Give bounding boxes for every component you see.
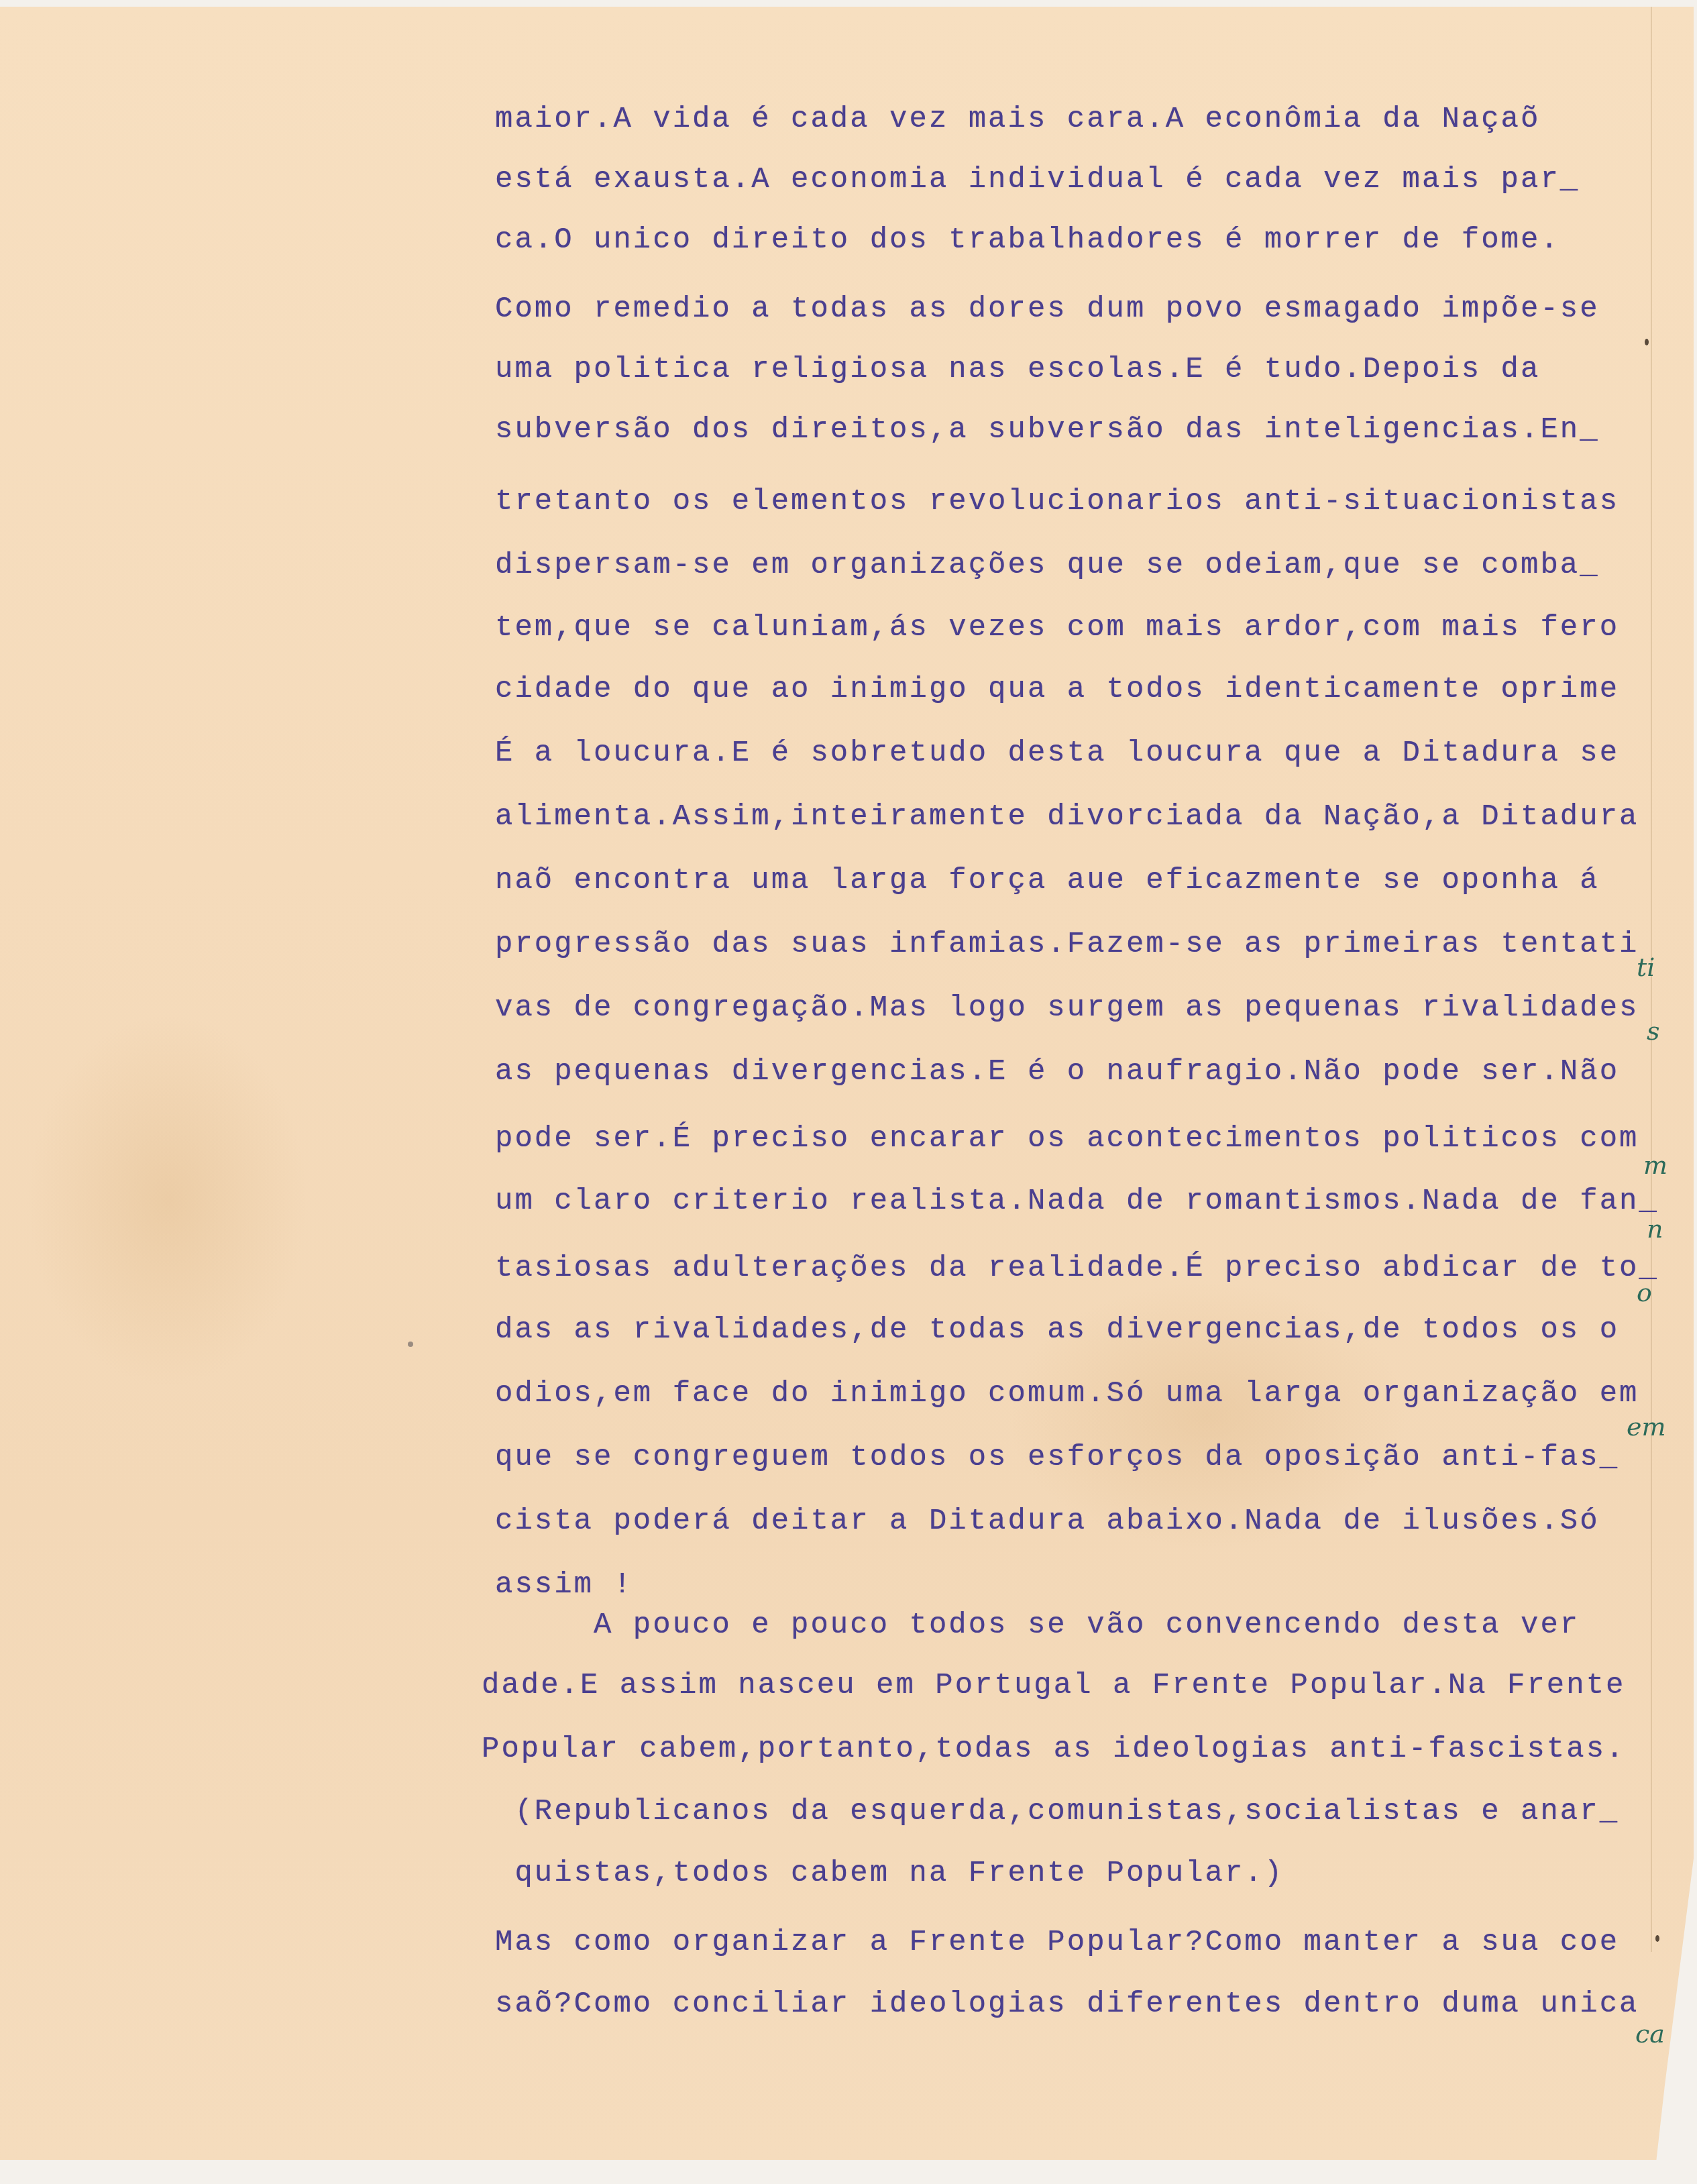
text-line: A pouco e pouco todos se vão convencendo… xyxy=(495,1605,1580,1645)
text-line: saõ?Como conciliar ideologias diferentes… xyxy=(495,1984,1639,2024)
text-line: das as rivalidades,de todas as divergenc… xyxy=(495,1310,1619,1350)
text-line: cidade do que ao inimigo qua a todos ide… xyxy=(495,669,1619,710)
text-line: as pequenas divergencias.E é o naufragio… xyxy=(495,1052,1619,1092)
text-line: Como remedio a todas as dores dum povo e… xyxy=(495,289,1600,329)
handwritten-correction: ca xyxy=(1635,2019,1665,2049)
handwritten-correction: s xyxy=(1647,1016,1660,1046)
text-line: Popular cabem,portanto,todas as ideologi… xyxy=(482,1729,1625,1769)
text-line: odios,em face do inimigo comum.Só uma la… xyxy=(495,1374,1639,1414)
text-line: (Republicanos da esquerda,comunistas,soc… xyxy=(495,1792,1619,1832)
text-line: quistas,todos cabem na Frente Popular.) xyxy=(495,1853,1284,1894)
text-line: está exausta.A economia individual é cad… xyxy=(495,160,1580,200)
text-line: assim ! xyxy=(495,1565,633,1605)
text-line: subversão dos direitos,a subversão das i… xyxy=(495,410,1600,450)
handwritten-correction: m xyxy=(1643,1150,1667,1180)
text-line: pode ser.É preciso encarar os acontecime… xyxy=(495,1119,1639,1159)
text-line: dispersam-se em organizações que se odei… xyxy=(495,545,1600,586)
typewritten-body: maior.A vida é cada vez mais cara.A econ… xyxy=(495,99,1662,1206)
handwritten-correction: o xyxy=(1637,1278,1652,1307)
text-line: progressão das suas infamias.Fazem-se as… xyxy=(495,924,1639,965)
text-line: um claro criterio realista.Nada de roman… xyxy=(495,1181,1659,1221)
ink-speck xyxy=(408,1342,413,1347)
document-page: maior.A vida é cada vez mais cara.A econ… xyxy=(0,7,1694,2160)
text-line: Mas como organizar a Frente Popular?Como… xyxy=(495,1922,1619,1963)
text-line: cista poderá deitar a Ditadura abaixo.Na… xyxy=(495,1501,1600,1541)
handwritten-correction: n xyxy=(1647,1214,1663,1244)
text-line: ca.O unico direito dos trabalhadores é m… xyxy=(495,220,1560,260)
handwritten-correction: ti xyxy=(1637,952,1655,982)
text-line: dade.E assim nasceu em Portugal a Frente… xyxy=(482,1666,1625,1706)
text-line: uma politica religiosa nas escolas.E é t… xyxy=(495,349,1540,390)
text-line: naõ encontra uma larga força aue eficazm… xyxy=(495,861,1600,901)
handwritten-correction: em xyxy=(1627,1412,1666,1441)
text-line: que se congreguem todos os esforços da o… xyxy=(495,1437,1619,1478)
text-line: tretanto os elementos revolucionarios an… xyxy=(495,482,1619,522)
text-line: vas de congregação.Mas logo surgem as pe… xyxy=(495,988,1639,1028)
ink-speck xyxy=(1655,1935,1659,1942)
paper-stain xyxy=(27,1013,309,1388)
text-line: tem,que se caluniam,ás vezes com mais ar… xyxy=(495,608,1619,648)
text-line: maior.A vida é cada vez mais cara.A econ… xyxy=(495,99,1540,140)
text-line: É a loucura.E é sobretudo desta loucura … xyxy=(495,733,1619,773)
text-line: tasiosas adulterações da realidade.É pre… xyxy=(495,1248,1659,1289)
text-line: alimenta.Assim,inteiramente divorciada d… xyxy=(495,797,1639,837)
